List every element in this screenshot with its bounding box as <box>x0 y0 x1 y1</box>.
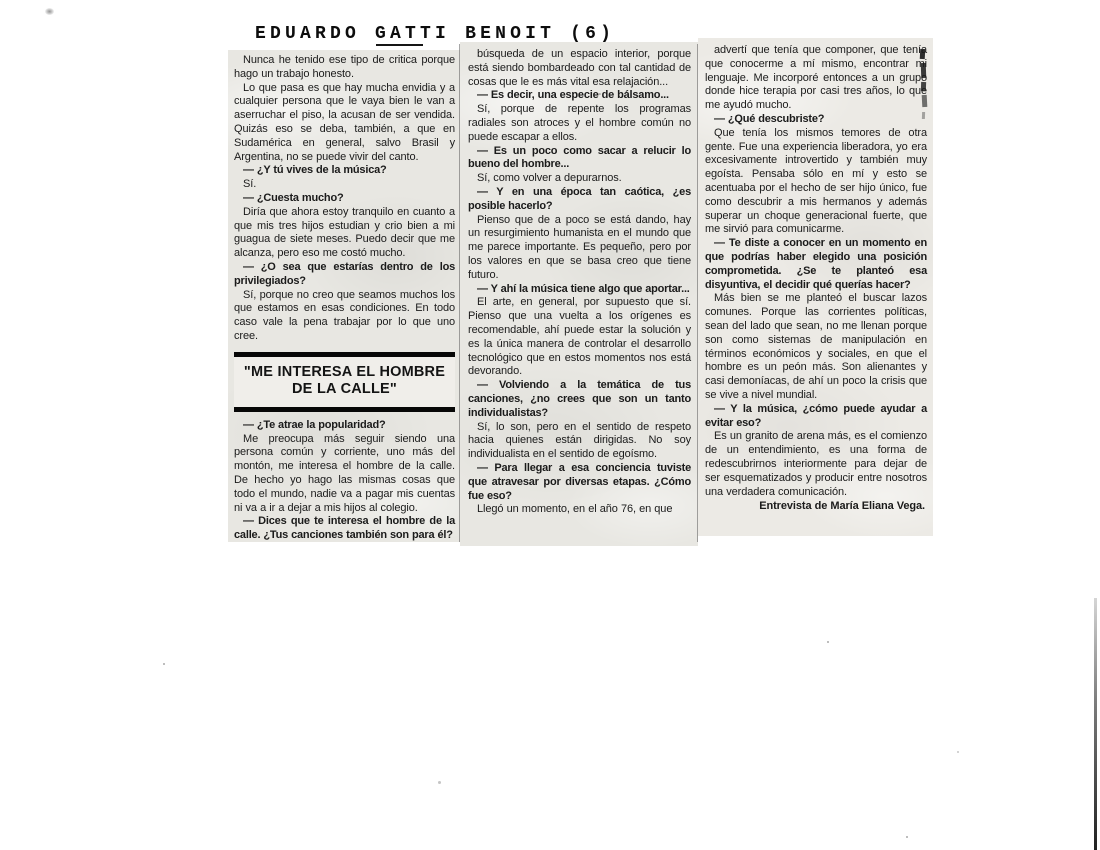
interview-answer: El arte, en general, por supuesto que sí… <box>468 296 691 379</box>
article-column-1: Nunca he tenido ese tipo de critica porq… <box>228 50 460 542</box>
interview-question: — ¿O sea que estarías dentro de los priv… <box>234 261 455 289</box>
interview-answer: Me preocupa más seguir siendo una person… <box>234 433 455 516</box>
byline: Entrevista de María Eliana Vega. <box>705 499 927 514</box>
column1-upper-paragraphs: Nunca he tenido ese tipo de critica porq… <box>234 54 455 344</box>
interview-question: — Te diste a conocer en un momento en qu… <box>705 237 927 292</box>
scanned-newspaper-page: EDUARDO GATTI BENOIT (6) Nunca he tenido… <box>0 0 1100 850</box>
scanner-edge-line <box>1094 598 1097 850</box>
scan-speck <box>906 836 908 838</box>
interview-answer: Lo que pasa es que hay mucha envidia y a… <box>234 82 455 165</box>
torn-edge-mark <box>922 95 928 107</box>
interview-question: — ¿Cuesta mucho? <box>234 192 455 206</box>
interview-answer: Más bien se me planteó el buscar lazos c… <box>705 292 927 402</box>
scan-speck <box>598 93 601 95</box>
interview-answer: Llegó un momento, en el año 76, en que <box>468 503 691 517</box>
interview-answer: Sí, porque de repente los programas radi… <box>468 103 691 144</box>
article-column-2: búsqueda de un espacio interior, porque … <box>460 42 698 546</box>
scan-speck <box>163 663 165 665</box>
torn-edge-mark <box>921 82 926 91</box>
interview-answer: Que tenía los mismos temores de otra gen… <box>705 127 927 237</box>
article-column-3: advertí que tenía que componer, que tení… <box>698 38 933 536</box>
interview-question: — Volviendo a la temática de tus cancion… <box>468 379 691 420</box>
interview-answer: Es un granito de arena más, es el comien… <box>705 430 927 499</box>
article-title: EDUARDO GATTI BENOIT (6) <box>255 24 615 44</box>
article-title-underlined-word: GATTI <box>375 24 450 44</box>
article-title-post: BENOIT (6) <box>465 24 615 44</box>
subhead-box: "ME INTERESA EL HOMBRE DE LA CALLE" <box>234 352 455 412</box>
interview-question: — Es decir, una especie de bálsamo... <box>468 89 691 103</box>
subhead-text: "ME INTERESA EL HOMBRE DE LA CALLE" <box>244 364 445 398</box>
column1-lower-paragraphs: — ¿Te atrae la popularidad?Me preocupa m… <box>234 419 455 542</box>
interview-question: — ¿Qué descubriste? <box>705 113 927 127</box>
torn-edge-mark <box>922 112 925 119</box>
interview-answer: advertí que tenía que componer, que tení… <box>705 44 927 113</box>
scan-speck <box>957 751 959 753</box>
interview-question: — Es un poco como sacar a relucir lo bue… <box>468 145 691 173</box>
torn-edge-mark <box>920 49 926 59</box>
interview-question: — Y ahí la música tiene algo que aportar… <box>468 283 691 297</box>
interview-question: — Para llegar a esa conciencia tuviste q… <box>468 462 691 503</box>
scan-smudge <box>45 8 54 15</box>
interview-answer: búsqueda de un espacio interior, porque … <box>468 48 691 89</box>
interview-answer: Sí, como volver a depurarnos. <box>468 172 691 186</box>
interview-answer: Pienso que de a poco se está dando, hay … <box>468 214 691 283</box>
interview-question: — ¿Y tú vives de la música? <box>234 164 455 178</box>
interview-question: — ¿Te atrae la popularidad? <box>234 419 455 433</box>
interview-answer: Sí. <box>234 178 455 192</box>
scan-speck <box>827 641 829 643</box>
interview-question: — Y la música, ¿cómo puede ayudar a evit… <box>705 403 927 431</box>
scan-speck <box>438 781 441 784</box>
torn-edge-mark <box>921 63 927 78</box>
interview-question: — Dices que te interesa el hombre de la … <box>234 515 455 542</box>
article-title-pre: EDUARDO <box>255 24 360 44</box>
interview-answer: Diría que ahora estoy tranquilo en cuant… <box>234 206 455 261</box>
interview-answer: Nunca he tenido ese tipo de critica porq… <box>234 54 455 82</box>
interview-answer: Sí, lo son, pero en el sentido de respet… <box>468 421 691 462</box>
interview-question: — Y en una época tan caótica, ¿es posibl… <box>468 186 691 214</box>
interview-answer: Sí, porque no creo que seamos muchos los… <box>234 289 455 344</box>
